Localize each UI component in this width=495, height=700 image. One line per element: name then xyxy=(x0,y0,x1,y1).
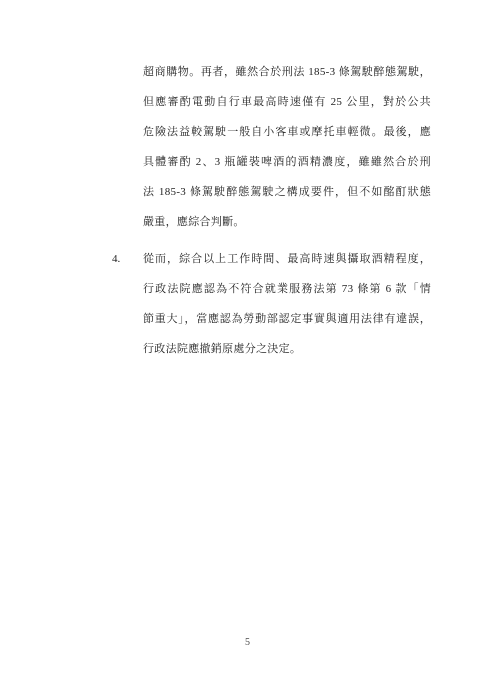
page-number: 5 xyxy=(245,637,250,648)
document-page: 超商購物。再者，雖然合於刑法 185-3 條駕駛醉態駕駛， 但應審酌電動自行車最… xyxy=(0,0,495,700)
paragraph-line: 節重大」，當應認為勞動部認定事實與適用法律有違誤， xyxy=(143,304,431,334)
paragraph-line: 超商購物。再者，雖然合於刑法 185-3 條駕駛醉態駕駛， xyxy=(143,57,431,87)
paragraph-line: 從而，綜合以上工作時間、最高時速與攝取酒精程度， xyxy=(143,244,431,274)
page-footer: 5 xyxy=(0,632,495,650)
list-item-4: 從而，綜合以上工作時間、最高時速與攝取酒精程度， 行政法院應認為不符合就業服務法… xyxy=(143,244,431,364)
paragraph-line: 危險法益較駕駛一般自小客車或摩托車輕微。最後，應 xyxy=(143,117,431,147)
paragraph-line: 嚴重，應綜合判斷。 xyxy=(143,207,431,237)
paragraph-continuation: 超商購物。再者，雖然合於刑法 185-3 條駕駛醉態駕駛， 但應審酌電動自行車最… xyxy=(143,57,431,237)
paragraph-line: 行政法院應撤銷原處分之決定。 xyxy=(143,334,431,364)
paragraph-line: 行政法院應認為不符合就業服務法第 73 條第 6 款「情 xyxy=(143,274,431,304)
paragraph-line: 法 185-3 條駕駛醉態駕駛之構成要件，但不如酩酊狀態 xyxy=(143,177,431,207)
paragraph-line: 具體審酌 2、3 瓶罐裝啤酒的酒精濃度，雖雖然合於刑 xyxy=(143,147,431,177)
paragraph-line: 但應審酌電動自行車最高時速僅有 25 公里，對於公共 xyxy=(143,87,431,117)
list-item-4-marker: 4. xyxy=(112,244,120,274)
